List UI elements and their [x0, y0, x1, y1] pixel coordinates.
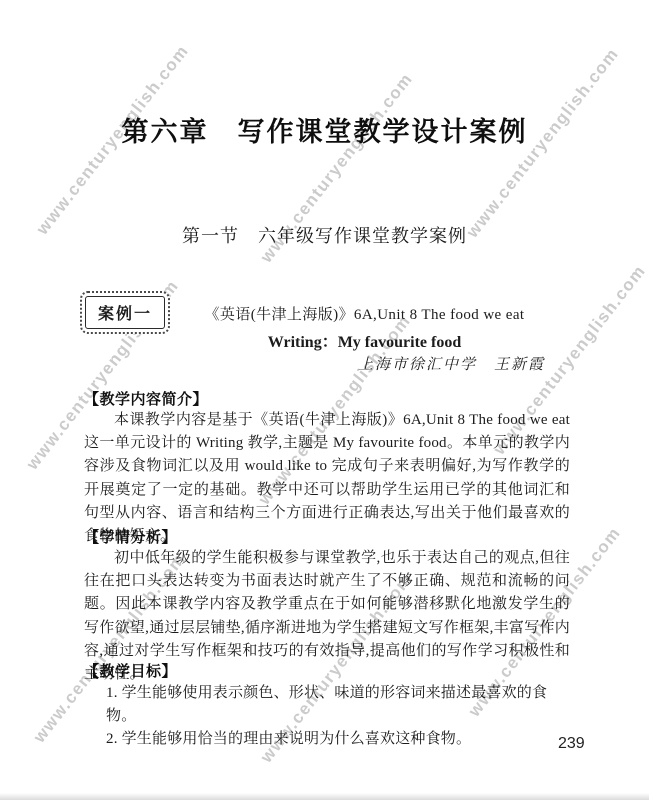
goals-section-heading: 【教学目标】 [84, 660, 177, 681]
page-number: 239 [558, 735, 585, 753]
goal-item-1: 1. 学生能够使用表示颜色、形状、味道的形容词来描述最喜欢的食物。 [106, 682, 570, 728]
page-content: 第六章 写作课堂教学设计案例 第一节 六年级写作课堂教学案例 案例一 《英语(牛… [0, 0, 649, 800]
chapter-title: 第六章 写作课堂教学设计案例 [0, 110, 649, 149]
section-title: 第一节 六年级写作课堂教学案例 [0, 222, 649, 248]
goals-list: 1. 学生能够使用表示颜色、形状、味道的形容词来描述最喜欢的食物。 2. 学生能… [84, 682, 570, 752]
intro-section-heading: 【教学内容简介】 [84, 388, 208, 409]
case-book-line: 《英语(牛津上海版)》6A,Unit 8 The food we eat [120, 303, 609, 324]
goal-item-2: 2. 学生能够用恰当的理由来说明为什么喜欢这种食物。 [106, 728, 570, 751]
case-writing-line: Writing：My favourite food [120, 329, 609, 352]
analysis-section-heading: 【学情分析】 [84, 526, 177, 547]
scanned-book-page: www.centuryenglish.comwww.centuryenglish… [0, 0, 649, 800]
case-author-line: 上海市徐汇中学 王新霞 [358, 353, 545, 374]
